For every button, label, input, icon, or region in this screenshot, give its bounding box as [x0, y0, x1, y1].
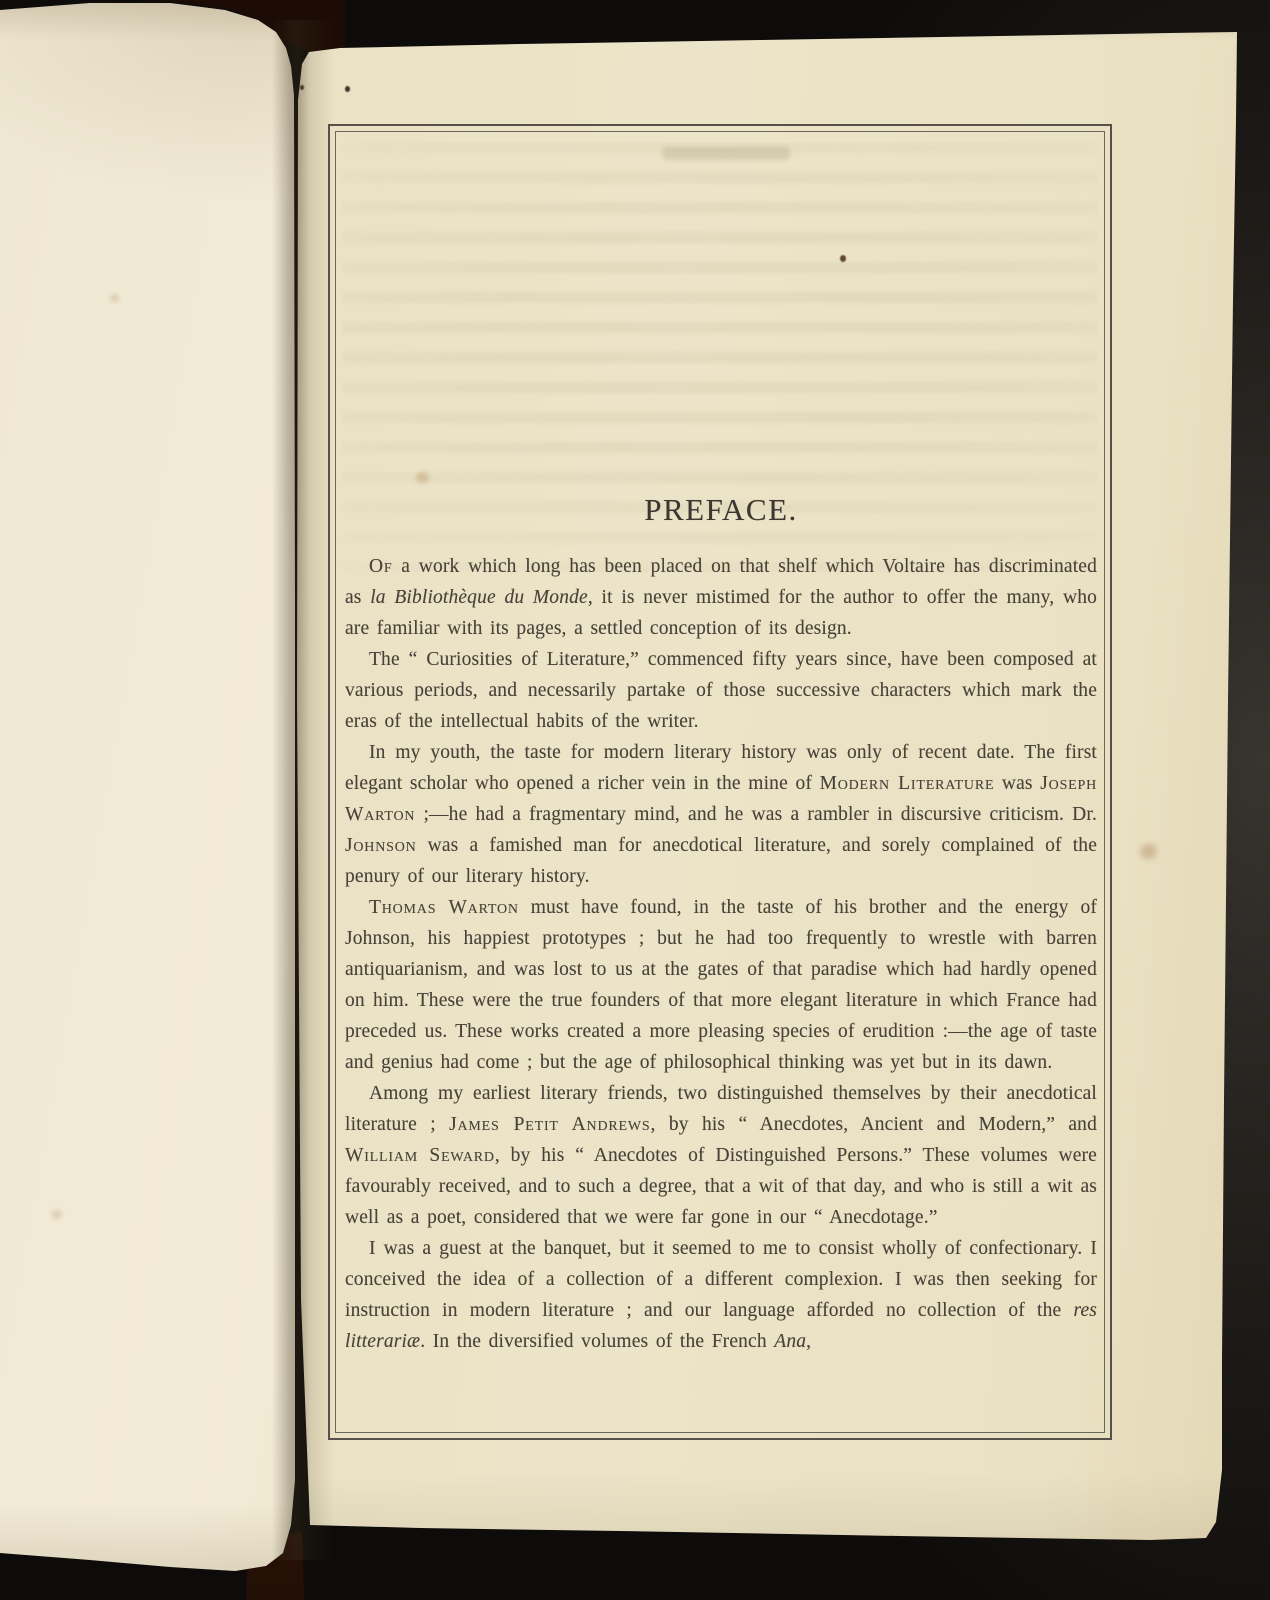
- text-segment: William Seward: [345, 1145, 495, 1166]
- paper-speck: [300, 85, 304, 90]
- text-segment: Of: [369, 556, 392, 577]
- foxing-spot: [416, 472, 429, 483]
- text-segment: was: [994, 773, 1040, 794]
- paper-speck: [345, 86, 350, 92]
- text-segment: James Petit Andrews: [449, 1114, 650, 1135]
- paper-speck: [840, 255, 846, 262]
- page-content: PREFACE. Of a work which long has been p…: [345, 124, 1097, 1357]
- book-photo: PREFACE. Of a work which long has been p…: [0, 0, 1270, 1600]
- text-segment: Modern Literature: [820, 773, 995, 794]
- foxing-spot: [52, 1210, 62, 1219]
- gutter-shadow: [272, 20, 334, 1560]
- text-segment: . In the diversified volumes of the Fren…: [420, 1331, 774, 1352]
- paragraph: In my youth, the taste for modern litera…: [345, 737, 1097, 892]
- foxing-spot: [110, 294, 119, 302]
- text-segment: ;—he had a fragmentary mind, and he was …: [415, 804, 1097, 825]
- paragraph: Among my earliest literary friends, two …: [345, 1078, 1097, 1233]
- text-segment: I was a guest at the banquet, but it see…: [345, 1238, 1097, 1321]
- foxing-spot: [1140, 844, 1157, 859]
- text-segment: must have found, in the taste of his bro…: [345, 897, 1097, 1073]
- paragraph: Of a work which long has been placed on …: [345, 551, 1097, 644]
- text-segment: Johnson: [345, 835, 417, 856]
- text-segment: , by his “ Anecdotes, Ancient and Modern…: [650, 1114, 1097, 1135]
- text-segment: Ana: [774, 1331, 806, 1352]
- page-title: PREFACE.: [345, 124, 1097, 528]
- text-segment: la Bibliothèque du Monde: [370, 587, 588, 608]
- preface-paragraphs: Of a work which long has been placed on …: [345, 551, 1097, 1357]
- text-segment: was a famished man for anecdotical liter…: [345, 835, 1097, 887]
- paragraph: I was a guest at the banquet, but it see…: [345, 1233, 1097, 1357]
- paragraph: Thomas Warton must have found, in the ta…: [345, 892, 1097, 1078]
- paragraph: The “ Curiosities of Literature,” commen…: [345, 644, 1097, 737]
- text-segment: Thomas Warton: [369, 897, 519, 918]
- text-segment: The “ Curiosities of Literature,” commen…: [345, 649, 1097, 732]
- text-segment: ,: [806, 1331, 811, 1352]
